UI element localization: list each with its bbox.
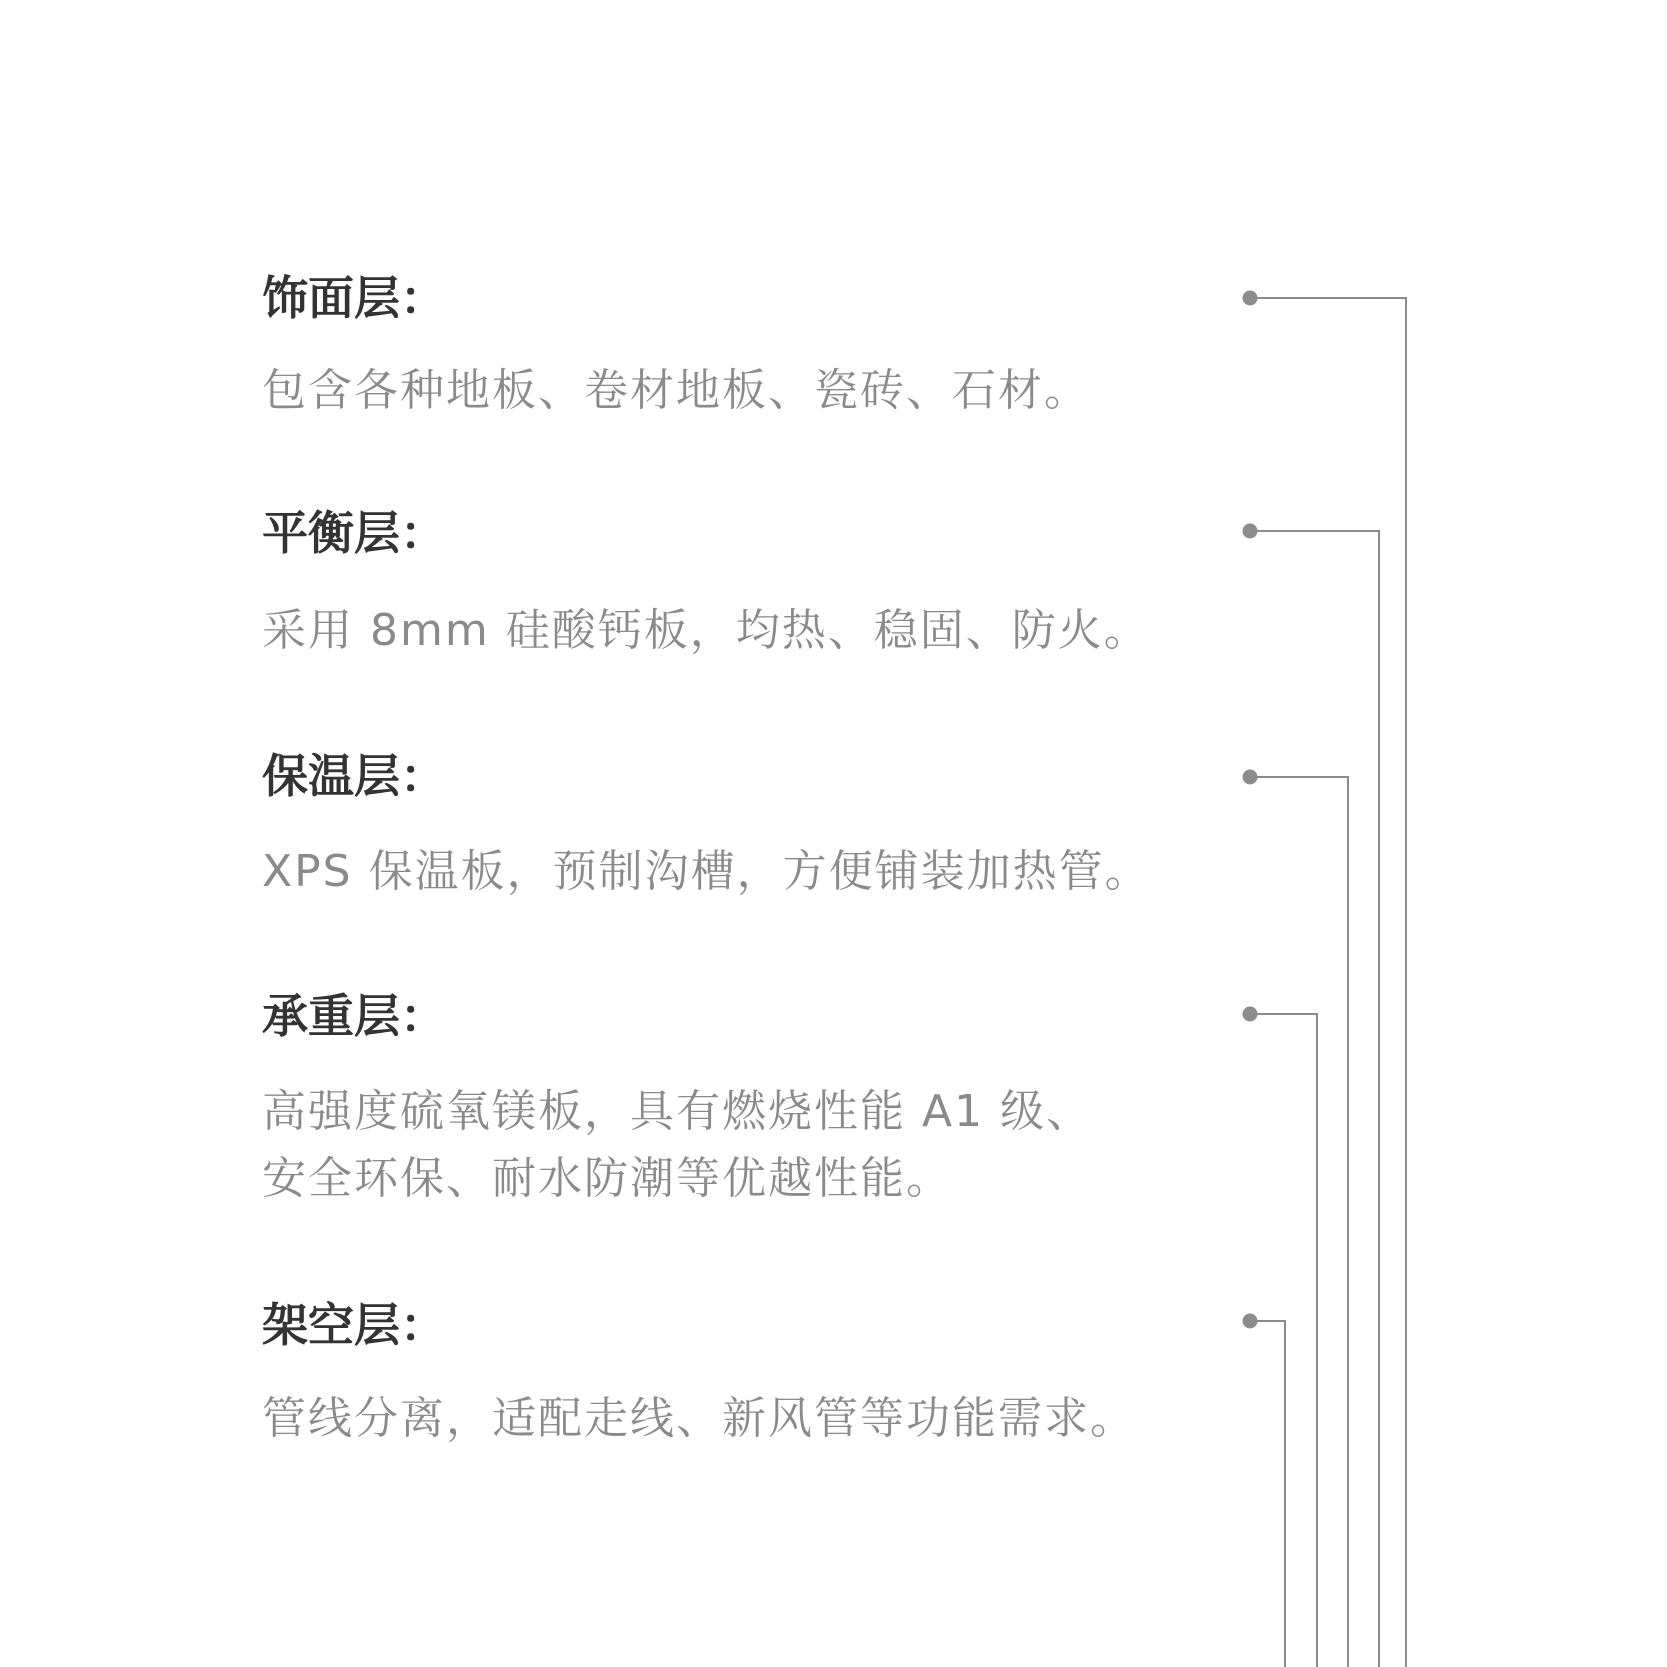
connector-dot-balance	[1243, 524, 1258, 539]
connector-lines	[0, 0, 1667, 1667]
connector-dot-raised	[1243, 1314, 1258, 1329]
connector-line-finish	[1250, 298, 1406, 1667]
connector-dot-insulation	[1243, 770, 1258, 785]
connector-dot-finish	[1243, 291, 1258, 306]
connector-line-balance	[1250, 531, 1379, 1667]
connector-line-raised	[1250, 1321, 1285, 1667]
connector-dot-load-bearing	[1243, 1007, 1258, 1022]
connector-line-insulation	[1250, 777, 1348, 1667]
connector-line-load-bearing	[1250, 1014, 1317, 1667]
